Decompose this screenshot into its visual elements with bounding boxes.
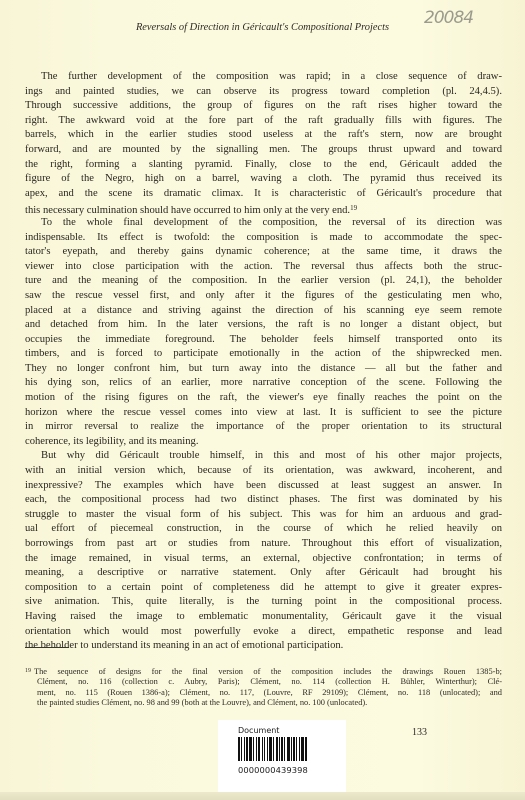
- text-line: inexpressive? The examples which have be…: [25, 479, 502, 494]
- text-line: figure of the Negro, high on a barrel, w…: [25, 172, 502, 187]
- running-head: Reversals of Direction in Géricault's Co…: [0, 22, 525, 33]
- text-line: placed at a distance and striving agains…: [25, 304, 502, 319]
- footnote-line: 19The sequence of designs for the final …: [25, 666, 502, 677]
- text-line: saw the rescue vessel first, and only af…: [25, 289, 502, 304]
- text-line: the image remained, in visual terms, an …: [25, 552, 502, 567]
- footnote-19: 19The sequence of designs for the final …: [25, 666, 502, 709]
- text-line: apex, and the scene its dramatic climax.…: [25, 187, 502, 202]
- text-line: tator's eyepath, and thereby gains dynam…: [25, 245, 502, 260]
- text-line: the beholder to understand its meaning i…: [25, 639, 502, 654]
- text-line: struggle to master the visual form of hi…: [25, 508, 502, 523]
- text-line: motion of the rising figures on the raft…: [25, 391, 502, 406]
- text-line: borrowings from past art or studies from…: [25, 537, 502, 552]
- footnote-line: Clément, no. 116 (collection c. Aubry, P…: [25, 677, 502, 688]
- page-number: 133: [412, 727, 427, 738]
- text-line: ual effort of piecemeal construction, in…: [25, 522, 502, 537]
- text-line: with an initial version which, because o…: [25, 464, 502, 479]
- text-line: horizon where the rescue vessel comes in…: [25, 406, 502, 421]
- body-text: The further development of the compositi…: [25, 70, 502, 654]
- barcode-icon: [238, 737, 330, 761]
- text-line: and detached from him. In the later vers…: [25, 318, 502, 333]
- footnote-line: ment, no. 115 (Rouen 1386-a); Clément, n…: [25, 688, 502, 699]
- barcode-number: 0000000439398: [238, 765, 308, 775]
- text-line: But why did Géricault trouble himself, i…: [25, 449, 502, 464]
- text-line: the right, forming a slanting pyramid. F…: [25, 158, 502, 173]
- text-line: ture and the meaning of the composition.…: [25, 274, 502, 289]
- text-line: Through successive additions, the group …: [25, 99, 502, 114]
- text-line: timbers, and is forced to participate em…: [25, 347, 502, 362]
- text-line: sive animation. This, quite literally, i…: [25, 595, 502, 610]
- text-line: They no longer confront him, but turn aw…: [25, 362, 502, 377]
- text-line: coherence, its legibility, and its meani…: [25, 435, 502, 450]
- text-line: viewer into close participation with the…: [25, 260, 502, 275]
- text-line: each, the compositional process had two …: [25, 493, 502, 508]
- text-line: Having raised the image to emblematic mo…: [25, 610, 502, 625]
- text-line: ings and painted studies, we can observe…: [25, 85, 502, 100]
- barcode-label: Document 0000000439398: [218, 720, 346, 800]
- document-page: 20084 Reversals of Direction in Géricaul…: [0, 0, 525, 800]
- text-line: this necessary culmination should have o…: [25, 201, 502, 216]
- text-line: barrels, which in the earlier studies st…: [25, 128, 502, 143]
- page-bottom-edge: [0, 792, 525, 800]
- text-line: composition to a certain point of comple…: [25, 581, 502, 596]
- text-line: his dying son, relics of an earlier, mor…: [25, 376, 502, 391]
- text-line: To the whole final development of the co…: [25, 216, 502, 231]
- text-line: right. The awkward void at the fore part…: [25, 114, 502, 129]
- footnote-marker: 19: [25, 668, 31, 674]
- footnote-reference[interactable]: 19: [350, 204, 357, 212]
- text-line: orientation which would most powerfully …: [25, 625, 502, 640]
- barcode-title: Document: [238, 726, 279, 735]
- footnote-line: the painted studies Clément, no. 98 and …: [25, 698, 502, 709]
- text-line: forward, and are mounted by the signalli…: [25, 143, 502, 158]
- text-line: meaning, a descriptive or narrative stat…: [25, 566, 502, 581]
- text-line: occupies the immediate foreground. The b…: [25, 333, 502, 348]
- text-line: The further development of the compositi…: [25, 70, 502, 85]
- footnote-divider: [25, 647, 69, 648]
- text-line: indispensable. Its effect is twofold: th…: [25, 231, 502, 246]
- text-line: in mirror reversal to realize the import…: [25, 420, 502, 435]
